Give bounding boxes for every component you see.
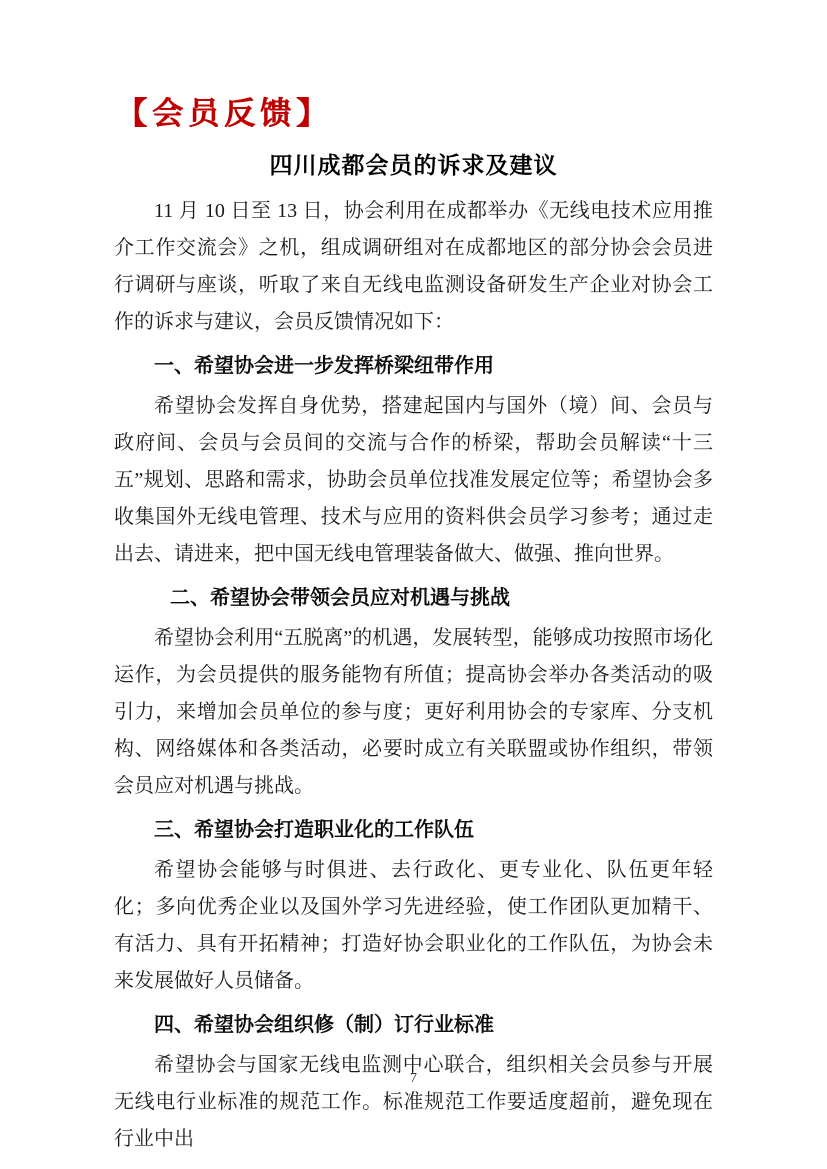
page-title: 四川成都会员的诉求及建议	[114, 149, 713, 181]
section-heading-2: 二、希望协会带领会员应对机遇与挑战	[114, 580, 713, 617]
feedback-section-banner: 【会员反馈】	[116, 93, 713, 135]
section-body-2: 希望协会利用“五脱离”的机遇，发展转型，能够成功按照市场化运作，为会员提供的服务…	[114, 620, 713, 805]
section-body-3: 希望协会能够与时俱进、去行政化、更专业化、队伍更年轻化；多向优秀企业以及国外学习…	[114, 852, 713, 1000]
intro-paragraph: 11 月 10 日至 13 日，协会利用在成都举办《无线电技术应用推介工作交流会…	[114, 193, 713, 341]
page-number: 7	[0, 1071, 827, 1087]
section-heading-1: 一、希望协会进一步发挥桥梁纽带作用	[114, 348, 713, 385]
section-body-1: 希望协会发挥自身优势，搭建起国内与国外（境）间、会员与政府间、会员与会员间的交流…	[114, 388, 713, 573]
section-heading-3: 三、希望协会打造职业化的工作队伍	[114, 812, 713, 849]
section-heading-4: 四、希望协会组织修（制）订行业标准	[114, 1007, 713, 1044]
document-page: 【会员反馈】 四川成都会员的诉求及建议 11 月 10 日至 13 日，协会利用…	[0, 0, 827, 1169]
section-body-4: 希望协会与国家无线电监测中心联合，组织相关会员参与开展无线电行业标准的规范工作。…	[114, 1047, 713, 1158]
